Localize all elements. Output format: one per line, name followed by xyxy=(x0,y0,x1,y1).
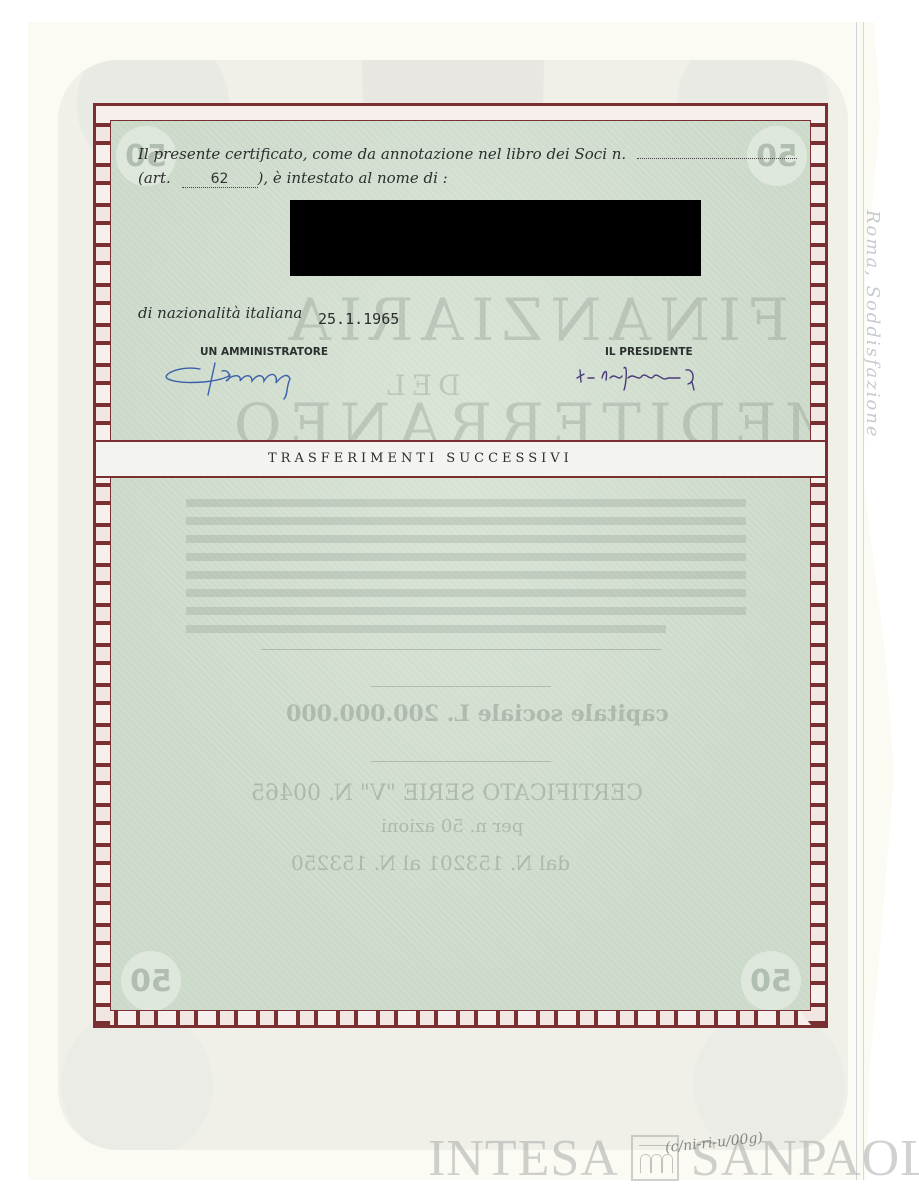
art-line: (art. 62), è intestato al nome di : xyxy=(138,169,448,188)
bleed-paragraph-line xyxy=(186,625,666,633)
bleed-paragraph-line xyxy=(186,553,746,561)
bleed-paragraph-line xyxy=(186,499,746,507)
fold-lines xyxy=(856,22,864,1180)
bleed-certificate-number: CERTIFICATO SERIE "V" N. 00465 xyxy=(251,781,643,806)
president-signature xyxy=(572,360,732,395)
intro-line: Il presente certificato, come da annotaz… xyxy=(138,145,797,163)
value-medallion-bottom-right: 50 xyxy=(741,951,801,1011)
administrator-signature xyxy=(160,355,310,410)
intesa-sanpaolo-watermark: INTESA SANPAOLO xyxy=(428,1128,919,1188)
bleed-shares: per n. 50 azioni xyxy=(381,816,523,837)
issue-date: 25.1.1965 xyxy=(318,310,399,328)
soci-number-field xyxy=(637,158,797,159)
bleed-paragraph-line xyxy=(186,571,746,579)
art-prefix: (art. xyxy=(138,169,171,187)
bleed-paragraph-line xyxy=(186,517,746,525)
bleed-rule xyxy=(371,761,551,762)
art-number-field: 62 xyxy=(182,171,258,188)
president-label: IL PRESIDENTE xyxy=(605,346,693,358)
bleed-range: dal N. 153201 al N. 153250 xyxy=(291,851,570,875)
art-suffix: ), è intestato al nome di : xyxy=(258,169,448,187)
value-medallion-bottom-left: 50 xyxy=(121,951,181,1011)
torn-paper-edge xyxy=(858,22,898,1180)
bleed-paragraph-line xyxy=(186,589,746,597)
redacted-holder-name xyxy=(290,200,701,276)
bleed-rule xyxy=(261,649,661,650)
watermark-left-word: INTESA xyxy=(428,1129,619,1188)
nationality-text: di nazionalità italiana xyxy=(138,304,302,322)
edge-handwriting: Roma, Soddisfazione xyxy=(862,210,883,439)
intro-text: Il presente certificato, come da annotaz… xyxy=(138,145,626,163)
transfers-section-title: TRASFERIMENTI SUCCESSIVI xyxy=(96,451,825,466)
bleed-paragraph-line xyxy=(186,607,746,615)
bleed-paragraph-line xyxy=(186,535,746,543)
transfers-section-header: TRASFERIMENTI SUCCESSIVI xyxy=(96,440,825,478)
bleed-rule xyxy=(371,686,551,687)
bleed-capital: capitale sociale L. 200.000.000 xyxy=(286,701,669,727)
